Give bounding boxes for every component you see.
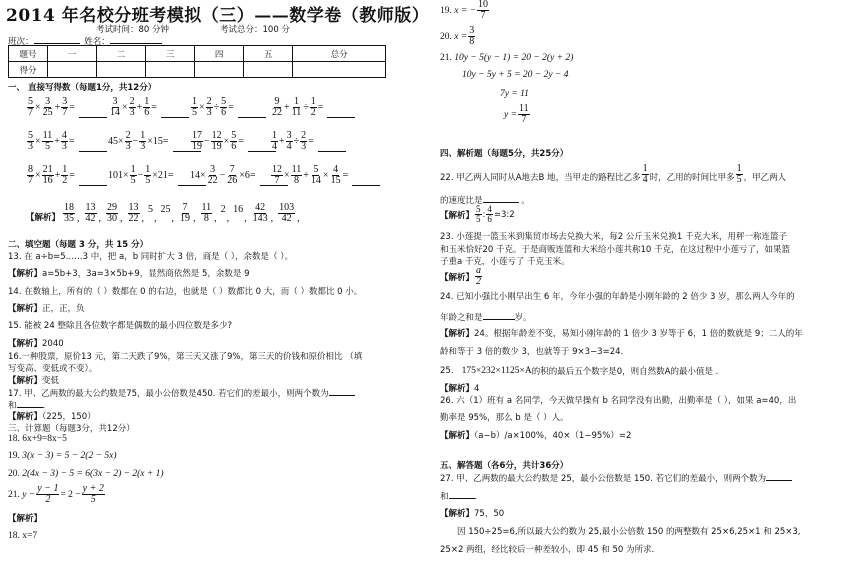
fraction: 922 [271,97,283,118]
operator: 14× [190,170,206,181]
operator: ×21= [152,170,173,181]
answer-value: 16 [233,204,243,215]
question-text: 17. 甲、乙两数的最大公约数是75，最小公倍数是450. 若它们的差最小，则两… [8,389,329,399]
answer-value: 1322 [128,203,140,224]
score-header-cell: 总分 [293,46,386,62]
answer-21-final: y = 117 [504,104,531,125]
answer-blank[interactable] [449,489,475,499]
mental-math-problem: 57×325+37= [26,97,107,118]
fraction: 117 [518,104,530,125]
equation-part: y = [504,110,517,120]
answer-label: 【解析】 [26,211,60,223]
score-row-label: 得分 [9,62,48,78]
page-title: 2014 年名校分班考模拟（三）——数学卷（教师版） [6,1,429,26]
answer-number: 20. [440,32,452,42]
answer-text: 变低 [42,376,59,386]
answer-blank[interactable] [329,386,355,396]
equation-part: x = [454,32,467,42]
answer-25: 【解析】4 [440,382,479,394]
fraction: 12 [61,165,68,186]
fraction: 325 [42,97,54,118]
answer-16: 【解析】变低 [8,374,59,386]
fraction: 14 [642,164,649,185]
answer-label: 【解析】 [440,271,474,283]
score-header-cell: 一 [48,46,97,62]
fraction: 23 [129,97,136,118]
separator: , [142,213,145,224]
answer-21-step3: 7y = 11 [500,89,529,99]
question-18: 18. 6x+9=8x−5 [8,434,67,444]
fraction: 87 [27,165,34,186]
score-header-cell: 题号 [9,46,48,62]
answer-text: （225，150） [42,412,96,422]
fraction: 15 [130,165,137,186]
answer-label: 【解析】 [8,412,42,422]
mental-math-problem: 127×118+514×415= [270,165,380,186]
operator: − [133,136,139,147]
fraction: 12 [310,97,317,118]
fraction: 1719 [191,131,203,152]
operator: ÷ [303,102,309,113]
question-number: 19. [8,451,20,461]
answer-value: 25 [161,204,171,215]
answer-22: 【解析】 55 : 46 =3:2 [440,205,515,224]
answer-value: 42143 [252,203,269,224]
answer-24-line2: 龄和等于 3 倍的数少 3，也就等于 9×3−3=24. [440,345,623,357]
ratio-colon: : [483,210,486,220]
question-17-line1: 17. 甲、乙两数的最大公约数是75，最小公倍数是450. 若它们的差最小，则两… [8,386,355,399]
fraction: 15 [736,164,743,185]
answer-blank[interactable] [327,108,355,118]
fraction: 314 [109,97,121,118]
answer-list: 1835,1342,2930,1322,5,25,719,118,2,16,42… [62,203,304,224]
question-25: 25. 175×232×1125×A 的积的最后五个数字是0，则自然数A的最小值… [440,365,718,377]
operator: × [224,136,230,147]
answer-text: 75，50 [474,509,504,519]
equation-step: 10y − 5(y − 1) = 20 − 2(y + 2) [454,53,573,63]
answer-18: 18. x=7 [8,531,37,541]
question-16-line2: 写变高、变低或不变）。 [8,362,97,374]
fraction: y − 12 [36,484,59,505]
operator: − [204,136,210,147]
question-text: 22. 甲乙两人同时从A地去B 地，当甲走的路程比乙多 [440,171,641,183]
operator: = [69,102,75,113]
score-cell[interactable] [97,62,146,78]
score-cell[interactable] [244,62,293,78]
answer-blank[interactable] [318,142,346,152]
answer-text: 2040 [42,339,64,349]
operator: 101× [108,170,129,181]
question-text: 时，乙用的时间比甲多 [650,171,735,183]
equation-part: x = − [454,6,476,16]
fraction: 14 [271,131,278,152]
operator: × [35,102,41,113]
fraction: 415 [330,165,342,186]
class-input[interactable] [34,34,80,44]
section3-answer-label: 【解析】 [8,512,42,524]
operator: = [69,170,75,181]
answer-label: 【解析】 [440,431,474,441]
score-cell[interactable] [293,62,386,78]
fraction: 23 [125,131,132,152]
question-24-line1: 24. 已知小强比小刚早出生 6 年，今年小强的年龄是小刚年龄的 2 倍少 3 … [440,290,795,302]
question-27-line2: 和. [440,489,477,502]
fraction: 16 [143,97,150,118]
separator: , [214,213,217,224]
operator: + [54,136,60,147]
separator: , [77,213,80,224]
exam-total: 考试总分：100 分 [220,23,290,35]
section3-heading: 三、计算题（每题3分，共12分） [8,422,135,434]
mental-math-problem: 1719−1219×56= [190,131,276,152]
separator: , [227,213,230,224]
fraction: 46 [486,205,493,224]
operator: × [122,102,128,113]
fraction: 23 [300,131,307,152]
name-input[interactable] [110,34,162,44]
question-13: 13. 在 a÷b=5……3 中，把 a，b 同时扩大 3 倍，商是（ ），余数… [8,250,293,262]
fraction: 115 [42,131,54,152]
section1-heading: 一、 直接写得数（每题1分，共12分） [8,81,156,93]
score-cell[interactable] [48,62,97,78]
answer-14: 【解析】正，正，负 [8,302,85,314]
operator: + [55,170,61,181]
answer-20: 20. x = 38 [440,26,476,47]
answer-value: 5 [148,204,153,215]
answer-text: （a−b）/a×100%，40×（1−95%）=2 [474,431,631,441]
question-20: 20. 2(4x − 3) − 5 = 6(3x − 2) − 2(x + 1) [8,469,164,479]
fraction: 1219 [211,131,223,152]
fraction: 111 [291,97,303,118]
mental-math-problem: 14+34÷23= [270,131,346,152]
separator: , [193,213,196,224]
separator: , [172,213,175,224]
answer-27-explanation-line1: 因 150÷25=6,所以最大公约数为 25,最小公倍数 150 的两整数有 2… [457,525,801,537]
question-26-line2: 勤率是 95%，那么 b 是（ ）人。 [440,411,569,423]
fraction: 107 [477,0,489,21]
answer-text: 24。根据年龄差不变，易知小刚年龄的 1 倍少 3 岁等于 6，1 倍的数就是 … [474,329,803,339]
answer-label: 【解析】 [8,339,42,349]
fraction: 37 [61,97,68,118]
operator: = [318,102,324,113]
question-16-line1: 16.一种股票，原价13 元，第二天跌了9%，第三天又涨了9%，第三天的价钱和原… [8,350,362,362]
score-header-cell: 五 [244,46,293,62]
answer-blank[interactable] [161,108,189,118]
answer-21-step2: 10y − 5y + 5 = 20 − 2y − 4 [462,70,568,80]
answer-value: 1835 [63,203,75,224]
fraction: 2116 [42,165,54,186]
question-text: 的积的最后五个数字是0，则自然数A的最小值是 . [532,365,719,377]
score-header-cell: 四 [195,46,244,62]
question-text: 和 [440,492,449,502]
operator: + [284,102,290,113]
answer-value: 118 [201,203,213,224]
answer-label: 【解析】 [440,509,474,519]
answer-text: =3:2 [494,210,515,220]
operator: × [284,170,290,181]
operator: − [138,170,144,181]
question-number: 21. [8,490,20,500]
answer-value: 1342 [85,203,97,224]
fraction: 127 [271,165,283,186]
fraction: 56 [220,97,227,118]
answer-15: 【解析】2040 [8,337,64,349]
operator: ÷ [294,136,300,147]
score-header-cell: 二 [97,46,146,62]
fraction: 43 [61,131,68,152]
question-number: 25. [440,366,454,376]
answer-blank[interactable] [483,193,519,203]
operator: + [303,170,309,181]
fraction: 56 [230,131,237,152]
operator: = [308,136,314,147]
separator: , [271,213,274,224]
answer-label: 【解析】 [8,304,42,314]
fraction: 13 [139,131,146,152]
fraction: 15 [144,165,151,186]
answer-label: 【解析】 [440,329,474,339]
answer-blank[interactable] [79,142,107,152]
question-26-line1: 26. 六（1）班有 a 名同学，今天做早操有 b 名同学没有出勤，出勤率是（ … [440,394,796,406]
answer-number: 21. [440,53,452,63]
operator: = [69,136,75,147]
operator: − [220,170,226,181]
expression: 175×232×1125×A [462,366,532,376]
answer-19: 19. x = − 107 [440,0,490,21]
answer-blank[interactable] [352,176,380,186]
operator: × [35,170,41,181]
fraction: 514 [310,165,322,186]
mental-math-problem: 53×115+43= [26,131,107,152]
operator: × [323,170,329,181]
fraction: 34 [286,131,293,152]
fraction: 726 [226,165,238,186]
answer-value: 719 [179,203,191,224]
answer-17: 【解析】（225，150） [8,410,96,422]
mental-math-problem: 87×2116+12= [26,165,107,186]
answer-24-line1: 【解析】24。根据年龄差不变，易知小刚年龄的 1 倍少 3 岁等于 6，1 倍的… [440,327,803,339]
answer-label: 【解析】 [8,269,42,279]
fraction: y + 25 [82,484,105,505]
question-23-line1: 23. 小莲提一篮玉米到集贸市场去兑换大米，每2 公斤玉米兑换1 千克大米，用秤… [440,230,787,242]
answer-27: 【解析】75，50 [440,507,504,519]
answer-27-explanation-line2: 25×2 两组，经比较后一种差较小，即 45 和 50 为所求. [440,543,654,555]
operator: = [228,102,234,113]
operator: = [238,136,244,147]
question-24-line2: 年龄之和是岁。 [440,310,532,323]
question-21: 21. y − y − 12 = 2 − y + 25 [8,484,106,505]
answer-13: 【解析】a=5b+3，3a=3×5b+9，显然商依然是 5，余数是 9 [8,267,250,279]
answer-21-step1: 21. 10y − 5(y − 1) = 20 − 2(y + 2) [440,53,573,63]
fraction: a2 [475,266,482,287]
equation-part: y − [22,490,35,500]
mental-math-problem: 314×23+16= [108,97,189,118]
fraction: 57 [27,97,34,118]
score-cell[interactable] [146,62,195,78]
operator: ÷ [214,102,220,113]
score-table-header-row: 题号 一 二 三 四 五 总分 [9,46,386,62]
answer-number: 19. [440,6,452,16]
operator: ×15= [147,136,168,147]
answer-value: 2 [221,204,226,215]
question-22-line1: 22. 甲乙两人同时从A地去B 地，当甲走的路程比乙多 14 时，乙用的时间比甲… [440,164,786,183]
operator: + [55,102,61,113]
section1-answers: 【解析】 1835,1342,2930,1322,5,25,719,118,2,… [26,203,304,224]
question-text: 岁。 [515,313,532,323]
fraction: 15 [191,97,198,118]
question-text: 27. 甲、乙两数的最大公约数是 25，最小公倍数是 150. 若它们的差最小，… [440,474,766,484]
separator: , [120,213,123,224]
operator: × [35,136,41,147]
question-27-line1: 27. 甲、乙两数的最大公约数是 25，最小公倍数是 150. 若它们的差最小，… [440,471,792,484]
answer-label: 【解析】 [440,209,474,221]
answer-blank[interactable] [79,108,107,118]
score-cell[interactable] [195,62,244,78]
answer-text: a=5b+3，3a=3×5b+9，显然商依然是 5，余数是 9 [42,269,250,279]
answer-blank[interactable] [238,108,266,118]
answer-label: 【解析】 [440,384,474,394]
operator: + [279,136,285,147]
question-text: 年龄之和是 [440,313,483,323]
separator: , [297,213,300,224]
fraction: 53 [27,131,34,152]
fraction: 55 [475,205,482,224]
section5-heading: 五、解答题（各6分，共计36分） [440,459,568,471]
equation: 2(4x − 3) − 5 = 6(3x − 2) − 2(x + 1) [22,469,163,479]
answer-26: 【解析】（a−b）/a×100%，40×（1−95%）=2 [440,429,631,441]
score-table: 题号 一 二 三 四 五 总分 得分 [8,45,386,78]
operator: × [199,102,205,113]
equation: 3(x − 3) = 5 − 2(2 − 5x) [22,451,116,461]
separator: , [99,213,102,224]
answer-blank[interactable] [17,398,43,408]
operator: 45× [108,136,124,147]
separator: , [154,213,157,224]
answer-blank[interactable] [483,310,515,320]
question-23-line2: 和玉米恰好20 千克。于是商贩连篮和大米给小莲共称10 千克，在这过程中小莲亏了… [440,243,790,255]
section2-heading: 二、填空题（每题 3 分，共 15 分） [8,238,148,250]
equation-part: = 2 − [60,490,80,500]
mental-math-problem: 922+111÷12= [270,97,355,118]
fraction: 38 [468,26,475,47]
fraction: 322 [207,165,219,186]
question-text: ，甲乙两人 [744,171,787,183]
operator: + [137,102,143,113]
answer-text: 正，正，负 [42,304,85,314]
fraction: 23 [206,97,213,118]
separator: , [244,213,247,224]
score-header-cell: 三 [146,46,195,62]
answer-text: 4 [474,384,479,394]
question-number: 20. [8,469,20,479]
mental-math-problem: 45×23−13×15= [108,131,201,152]
answer-blank[interactable] [79,176,107,186]
answer-blank[interactable] [766,471,792,481]
answer-value: 2930 [106,203,118,224]
score-table-score-row: 得分 [9,62,386,78]
fraction: 118 [291,165,303,186]
question-14: 14. 在数轴上，所有的（ ）数都在 0 的右边，也就是（ ）数都比 0 大，而… [8,285,362,297]
section4-heading: 四、解析题（每题5分，共25分） [440,147,568,159]
answer-23: 【解析】 a2 [440,266,483,287]
mental-math-problem: 15×23÷56= [190,97,266,118]
answer-value: 10342 [278,203,295,224]
answer-label: 【解析】 [8,376,42,386]
operator: = [343,170,349,181]
question-19: 19. 3(x − 3) = 5 − 2(2 − 5x) [8,451,116,461]
operator: = [151,102,157,113]
operator: ×6= [239,170,255,181]
question-15: 15. 能被 24 整除且各位数字都是偶数的最小四位数是多少? [8,319,232,331]
